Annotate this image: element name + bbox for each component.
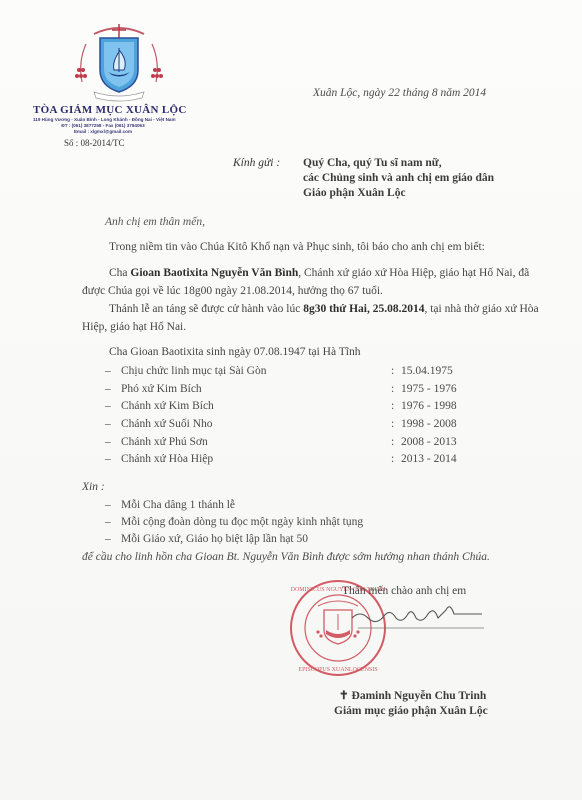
career-role: Chánh xứ Phú Sơn — [121, 436, 391, 448]
addressee-line: Quý Cha, quý Tu sĩ nam nữ, — [303, 156, 494, 171]
career-role: Chịu chức linh mục tại Sài Gòn — [121, 365, 391, 377]
career-list: –Chịu chức linh mục tại Sài Gòn:15.04.19… — [105, 362, 525, 468]
list-dash: – — [105, 436, 121, 448]
deceased-name: Gioan Baotixita Nguyễn Văn Bình — [130, 267, 298, 279]
addressee-label: Kính gửi : — [233, 157, 280, 169]
list-dash: – — [105, 365, 121, 377]
addressee-block: Quý Cha, quý Tu sĩ nam nữ, các Chủng sin… — [303, 156, 494, 201]
requests-label: Xin : — [82, 481, 105, 493]
organization-phone-fax: ĐT : (061) 3877258 - Fax (061) 3784063 — [33, 123, 173, 128]
career-role: Chánh xứ Hòa Hiệp — [121, 453, 391, 465]
career-item: –Chánh xứ Suối Nho:1998 - 2008 — [105, 415, 525, 433]
salutation: Anh chị em thân mến, — [105, 216, 205, 228]
list-dash: – — [105, 400, 121, 412]
addressee-line: các Chủng sinh và anh chị em giáo dân — [303, 171, 494, 186]
career-item: –Chánh xứ Kim Bích:1976 - 1998 — [105, 397, 525, 415]
request-item: –Mỗi Cha dâng 1 thánh lễ — [105, 496, 363, 513]
career-date: 15.04.1975 — [401, 365, 525, 377]
organization-address: 119 Hùng Vương - Xuân Bình - Long Khánh … — [33, 117, 173, 122]
career-colon: : — [391, 436, 401, 448]
career-date: 1998 - 2008 — [401, 418, 525, 430]
signer-name: ✝ Đaminh Nguyễn Chu Trinh — [339, 688, 486, 702]
list-dash: – — [105, 499, 121, 511]
career-colon: : — [391, 453, 401, 465]
date-line: Xuân Lộc, ngày 22 tháng 8 năm 2014 — [313, 87, 486, 99]
career-colon: : — [391, 400, 401, 412]
requests-list: –Mỗi Cha dâng 1 thánh lễ–Mỗi cộng đoàn d… — [105, 496, 363, 548]
request-text: Mỗi Giáo xứ, Giáo họ biệt lập lần hạt 50 — [121, 533, 308, 545]
career-role: Chánh xứ Suối Nho — [121, 418, 391, 430]
career-colon: : — [391, 365, 401, 377]
prayer-purpose: để cầu cho linh hồn cha Gioan Bt. Nguyễn… — [82, 551, 490, 563]
funeral-time: 8g30 thứ Hai, 25.08.2014 — [303, 303, 424, 315]
announcement-paragraph: Cha Gioan Baotixita Nguyễn Văn Bình, Chá… — [82, 264, 544, 300]
signer-title: Giám mục giáo phận Xuân Lộc — [334, 705, 488, 717]
birth-paragraph: Cha Gioan Baotixita sinh ngày 07.08.1947… — [109, 343, 564, 361]
career-date: 2013 - 2014 — [401, 453, 525, 465]
career-role: Phó xứ Kim Bích — [121, 383, 391, 395]
list-dash: – — [105, 383, 121, 395]
letter-page: TÒA GIÁM MỤC XUÂN LỘC 119 Hùng Vương - X… — [0, 0, 582, 800]
organization-name: TÒA GIÁM MỤC XUÂN LỘC — [33, 104, 173, 116]
career-colon: : — [391, 383, 401, 395]
funeral-paragraph: Thánh lễ an táng sẽ được cử hành vào lúc… — [82, 300, 544, 336]
diocese-crest-icon — [64, 22, 174, 104]
signature-icon — [350, 600, 485, 630]
list-dash: – — [105, 453, 121, 465]
request-text: Mỗi cộng đoàn dòng tu đọc một ngày kinh … — [121, 516, 363, 528]
request-item: –Mỗi Giáo xứ, Giáo họ biệt lập lần hạt 5… — [105, 531, 363, 548]
svg-text:EPISCOPUS XUANLOCENSIS: EPISCOPUS XUANLOCENSIS — [298, 667, 377, 673]
career-date: 1975 - 1976 — [401, 383, 525, 395]
career-date: 2008 - 2013 — [401, 436, 525, 448]
career-date: 1976 - 1998 — [401, 400, 525, 412]
closing-greeting: Thân mến chào anh chị em — [342, 585, 466, 597]
career-item: –Chánh xứ Phú Sơn:2008 - 2013 — [105, 433, 525, 451]
addressee-line: Giáo phận Xuân Lộc — [303, 186, 494, 201]
intro-paragraph: Trong niềm tin vào Chúa Kitô Khổ nạn và … — [109, 238, 569, 256]
career-role: Chánh xứ Kim Bích — [121, 400, 391, 412]
request-item: –Mỗi cộng đoàn dòng tu đọc một ngày kinh… — [105, 513, 363, 530]
list-dash: – — [105, 418, 121, 430]
career-item: –Chịu chức linh mục tại Sài Gòn:15.04.19… — [105, 362, 525, 380]
career-item: –Chánh xứ Hòa Hiệp:2013 - 2014 — [105, 450, 525, 468]
career-item: –Phó xứ Kim Bích:1975 - 1976 — [105, 380, 525, 398]
list-dash: – — [105, 516, 121, 528]
organization-email: Email : xlgmxl@gmail.com — [33, 129, 173, 134]
request-text: Mỗi Cha dâng 1 thánh lễ — [121, 499, 235, 511]
reference-number: Số : 08-2014/TC — [64, 138, 125, 148]
list-dash: – — [105, 533, 121, 545]
career-colon: : — [391, 418, 401, 430]
